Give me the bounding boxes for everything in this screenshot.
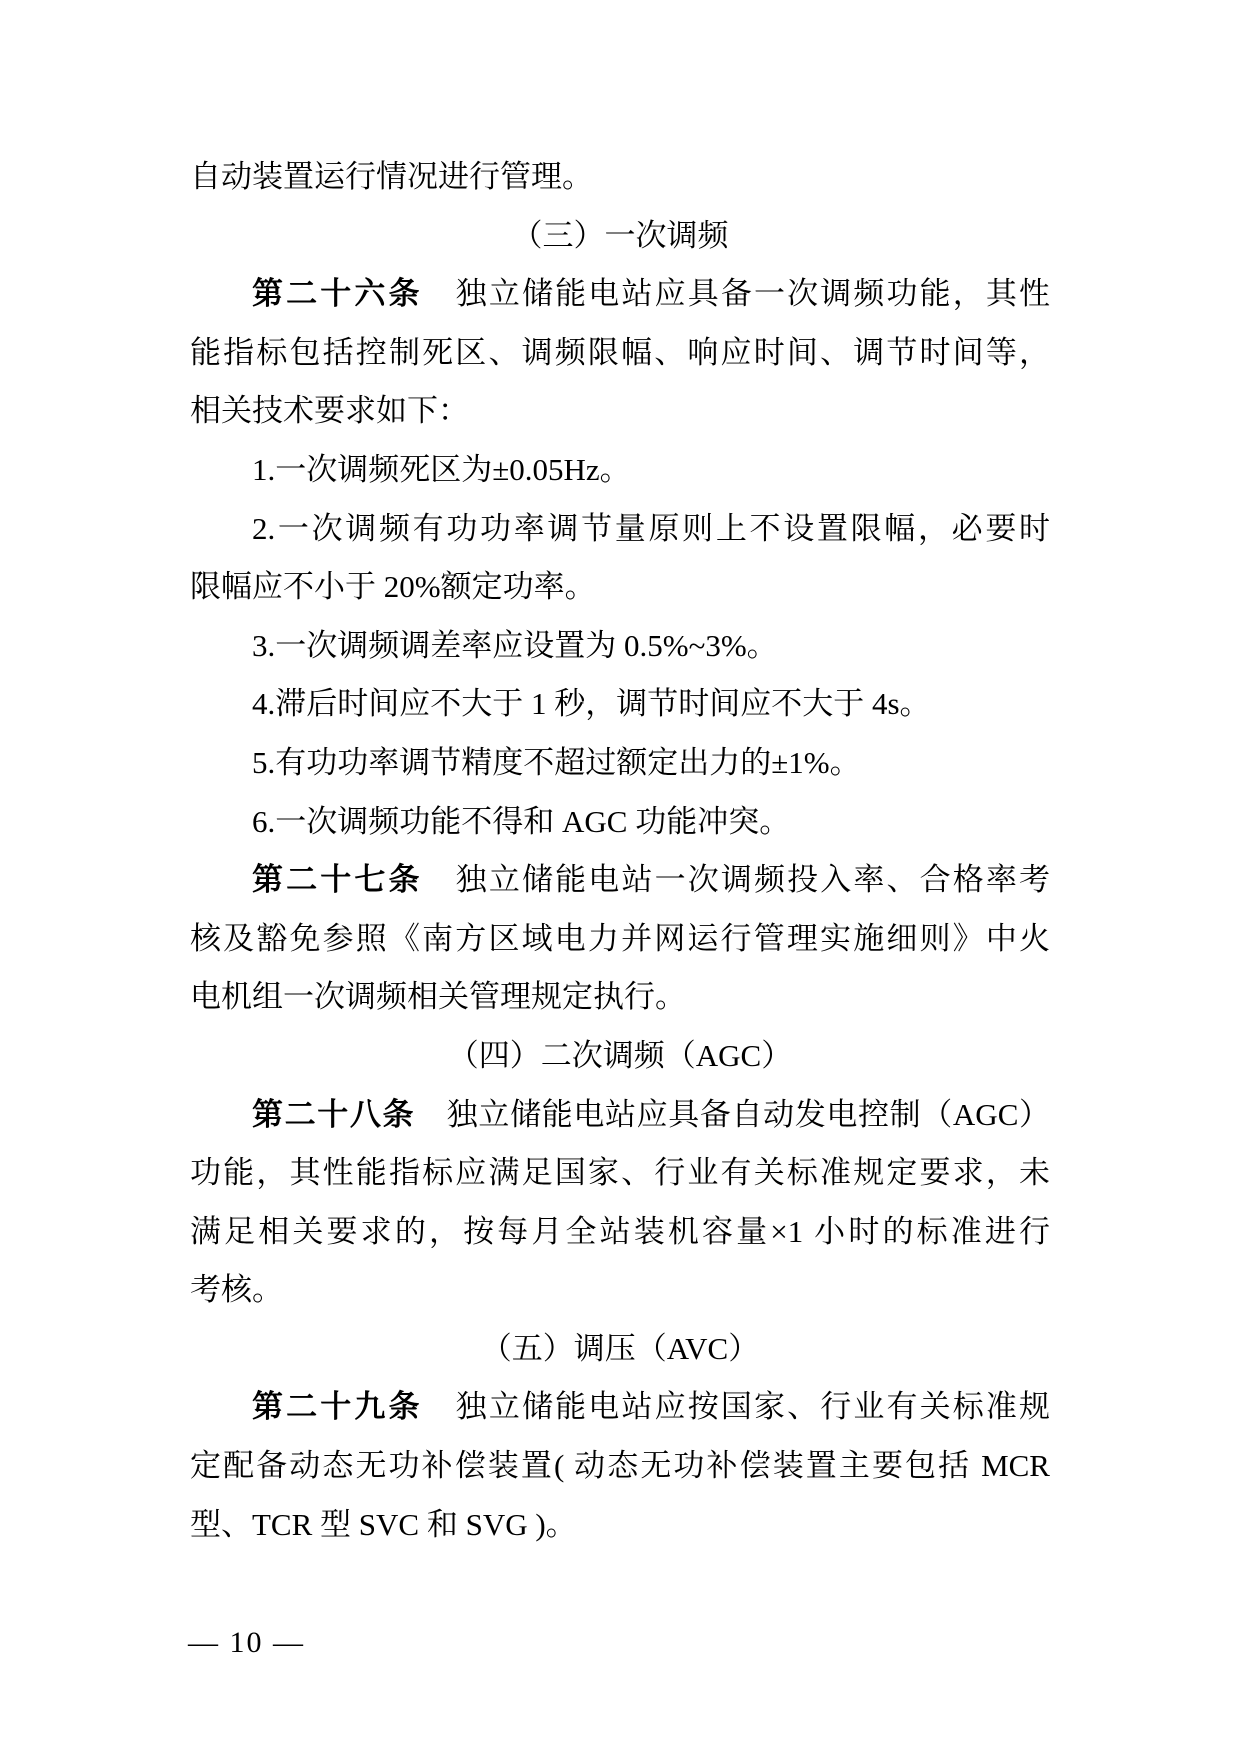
line-text: 独立储能电站一次调频投入率、合格率考: [423, 862, 1050, 897]
line-text: 独立储能电站应具备一次调频功能，其性: [423, 276, 1050, 311]
article-line: 第二十七条 独立储能电站一次调频投入率、合格率考: [190, 851, 1050, 910]
body-line: 核及豁免参照《南方区域电力并网运行管理实施细则》中火: [190, 910, 1050, 969]
section-heading: （三）一次调频: [190, 207, 1050, 266]
body-line: 功能，其性能指标应满足国家、行业有关标准规定要求，未: [190, 1144, 1050, 1203]
article-line: 第二十六条 独立储能电站应具备一次调频功能，其性: [190, 265, 1050, 324]
list-item-line: 3.一次调频调差率应设置为 0.5%~3%。: [190, 617, 1050, 676]
body-line: 考核。: [190, 1261, 1050, 1320]
body-line: 型、TCR 型 SVC 和 SVG )。: [190, 1496, 1050, 1555]
body-line: 电机组一次调频相关管理规定执行。: [190, 968, 1050, 1027]
article-number: 第二十七条: [252, 862, 423, 897]
article-number: 第二十八条: [252, 1097, 415, 1132]
page-number: — 10 —: [188, 1626, 305, 1660]
document-body: 自动装置运行情况进行管理。 （三）一次调频 第二十六条 独立储能电站应具备一次调…: [190, 148, 1050, 1554]
article-line: 第二十八条 独立储能电站应具备自动发电控制（AGC）: [190, 1086, 1050, 1145]
section-heading: （四）二次调频（AGC）: [190, 1027, 1050, 1086]
body-line: 能指标包括控制死区、调频限幅、响应时间、调节时间等，: [190, 324, 1050, 383]
article-number: 第二十六条: [252, 276, 423, 311]
line-text: 独立储能电站应按国家、行业有关标准规: [423, 1389, 1050, 1424]
body-line: 自动装置运行情况进行管理。: [190, 148, 1050, 207]
list-item-line: 5.有功功率调节精度不超过额定出力的±1%。: [190, 734, 1050, 793]
article-line: 第二十九条 独立储能电站应按国家、行业有关标准规: [190, 1378, 1050, 1437]
line-text: 独立储能电站应具备自动发电控制（AGC）: [415, 1097, 1050, 1132]
body-line: 满足相关要求的，按每月全站装机容量×1 小时的标准进行: [190, 1203, 1050, 1262]
list-item-line: 4.滞后时间应不大于 1 秒，调节时间应不大于 4s。: [190, 675, 1050, 734]
list-item-line: 2.一次调频有功功率调节量原则上不设置限幅，必要时: [190, 500, 1050, 559]
article-number: 第二十九条: [252, 1389, 423, 1424]
document-page: 自动装置运行情况进行管理。 （三）一次调频 第二十六条 独立储能电站应具备一次调…: [0, 0, 1240, 1754]
section-heading: （五）调压（AVC）: [190, 1320, 1050, 1379]
body-line: 相关技术要求如下：: [190, 382, 1050, 441]
list-item-line: 6.一次调频功能不得和 AGC 功能冲突。: [190, 793, 1050, 852]
body-line: 限幅应不小于 20%额定功率。: [190, 558, 1050, 617]
list-item-line: 1.一次调频死区为±0.05Hz。: [190, 441, 1050, 500]
body-line: 定配备动态无功补偿装置( 动态无功补偿装置主要包括 MCR: [190, 1437, 1050, 1496]
